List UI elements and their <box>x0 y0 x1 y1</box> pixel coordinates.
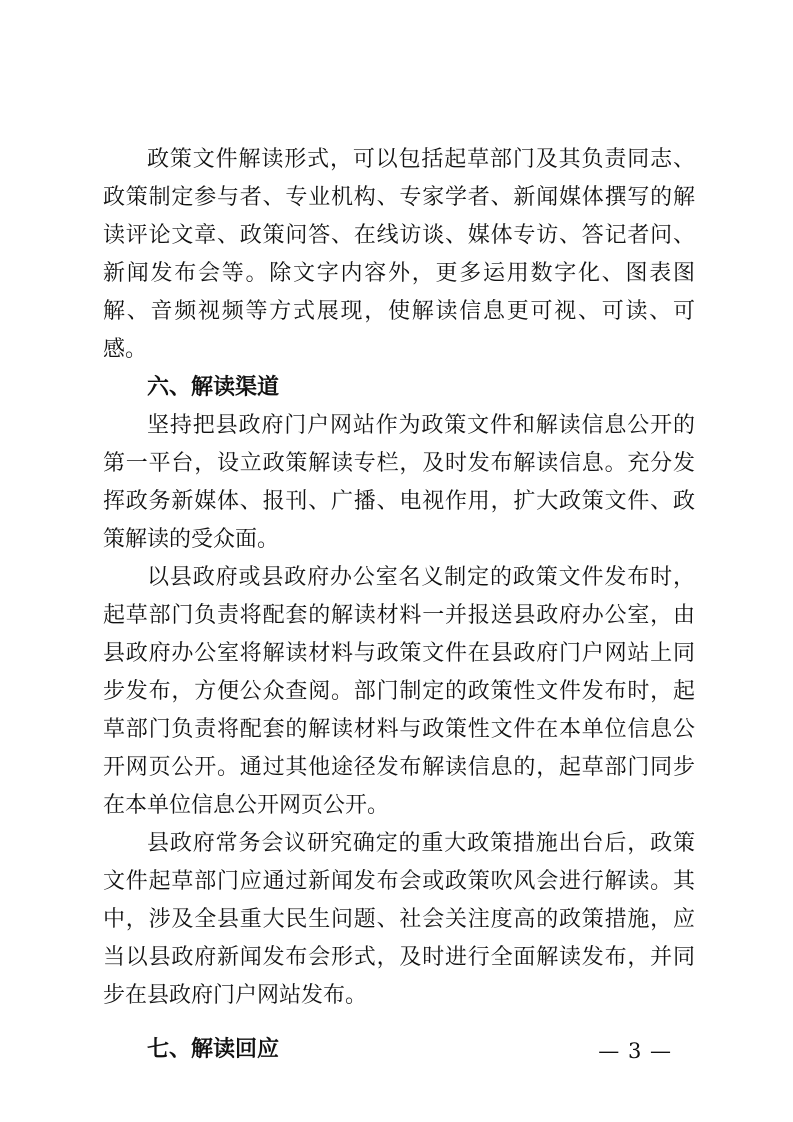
paragraph-government-portal-first-platform: 坚持把县政府门户网站作为政策文件和解读信息公开的第一平台，设立政策解读专栏，及时… <box>103 407 695 559</box>
paragraph-press-conference-interpretation: 县政府常务会议研究确定的重大政策措施出台后，政策文件起草部门应通过新闻发布会或政… <box>103 825 695 1015</box>
document-page: 政策文件解读形式，可以包括起草部门及其负责同志、政策制定参与者、专业机构、专家学… <box>0 0 793 1122</box>
paragraph-synchronized-publication: 以县政府或县政府办公室名义制定的政策文件发布时，起草部门负责将配套的解读材料一并… <box>103 559 695 825</box>
page-number: — 3 — <box>0 1038 672 1064</box>
heading-section-six-interpretation-channels: 六、解读渠道 <box>103 369 695 407</box>
document-body: 政策文件解读形式，可以包括起草部门及其负责同志、政策制定参与者、专业机构、专家学… <box>103 141 695 1069</box>
paragraph-interpretation-forms: 政策文件解读形式，可以包括起草部门及其负责同志、政策制定参与者、专业机构、专家学… <box>103 141 695 369</box>
